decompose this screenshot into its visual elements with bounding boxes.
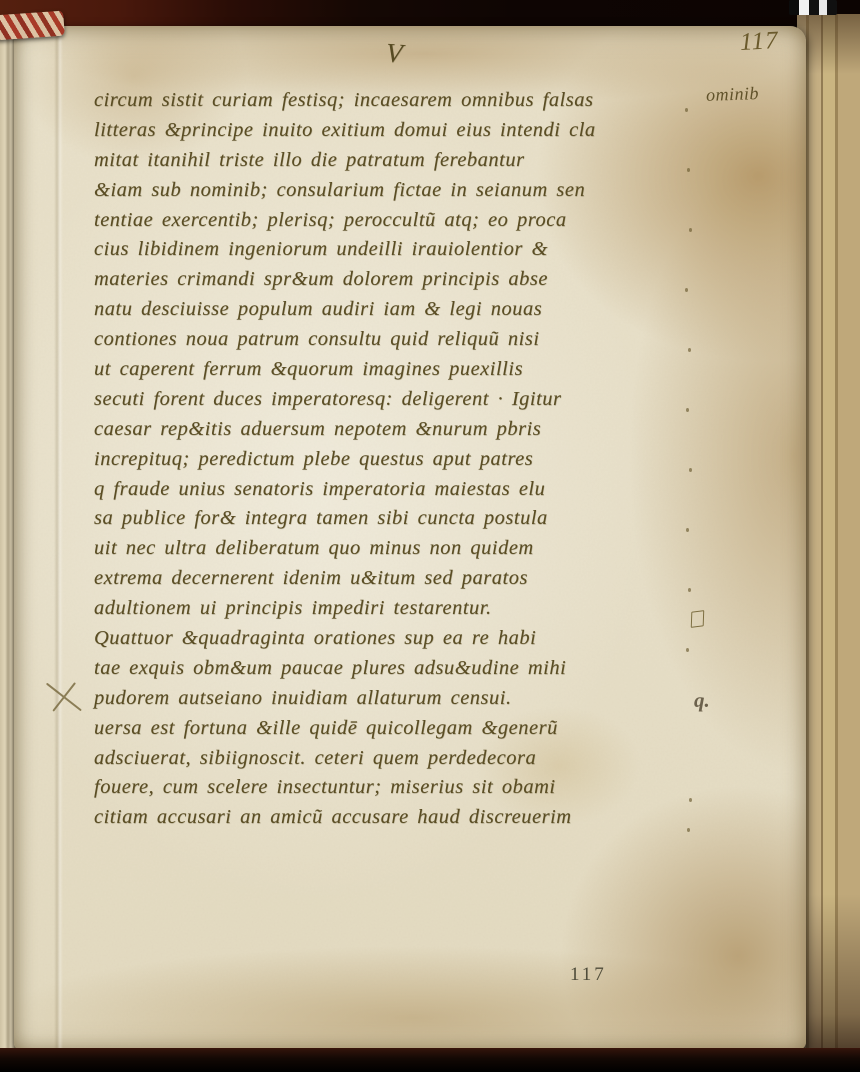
manuscript-line: sa publice for& integra tamen sibi cunct… bbox=[94, 504, 710, 534]
ink-dot-icon bbox=[685, 288, 688, 292]
manuscript-line: pudorem autseiano inuidiam allaturum cen… bbox=[94, 684, 710, 714]
printed-page-number: 117 bbox=[570, 964, 607, 986]
manuscript-line: cius libidinem ingeniorum undeilli iraui… bbox=[94, 235, 710, 265]
endband bbox=[0, 11, 65, 41]
manuscript-line: citiam accusari an amicũ accusare haud d… bbox=[94, 803, 710, 833]
manuscript-line: secuti forent duces imperatoresq: delige… bbox=[94, 385, 710, 415]
manuscript-line: litteras &principe inuito exitium domui … bbox=[94, 116, 710, 146]
edge-marker bbox=[789, 0, 837, 15]
manuscript-line: adsciuerat, sibiignoscit. ceteri quem pe… bbox=[94, 744, 710, 774]
manuscript-line: contiones noua patrum consultu quid reli… bbox=[94, 325, 710, 355]
cross-arm bbox=[52, 682, 75, 711]
margin-cross-mark-icon bbox=[42, 674, 86, 720]
ink-dot-icon bbox=[687, 828, 690, 832]
ink-dot-icon bbox=[687, 168, 690, 172]
manuscript-line: increpituq; peredictum plebe questus apu… bbox=[94, 445, 710, 475]
ink-dot-icon bbox=[689, 468, 692, 472]
manuscript-line: tae exquis obm&um paucae plures adsu&udi… bbox=[94, 654, 710, 684]
page-crease bbox=[54, 26, 63, 1050]
manuscript-line: circum sistit curiam festisq; incaesarem… bbox=[94, 86, 710, 116]
manuscript-line: &iam sub nominib; consularium fictae in … bbox=[94, 176, 710, 206]
manuscript-line: mitat itanihil triste illo die patratum … bbox=[94, 146, 710, 176]
manuscript-line: q fraude unius senatoris imperatoria mai… bbox=[94, 475, 710, 505]
manuscript-line: fouere, cum scelere insectuntur; miseriu… bbox=[94, 773, 710, 803]
manuscript-line: natu desciuisse populum audiri iam & leg… bbox=[94, 295, 710, 325]
margin-q-mark: q. bbox=[694, 688, 710, 713]
ink-dot-icon bbox=[689, 798, 692, 802]
manuscript-line: uit nec ultra deliberatum quo minus non … bbox=[94, 534, 710, 564]
ink-dot-icon bbox=[688, 588, 691, 592]
parchment-page: V 117 ominib circum sistit curiam festis… bbox=[14, 26, 806, 1050]
catchword: V bbox=[385, 37, 404, 69]
ink-dot-icon bbox=[686, 648, 689, 652]
manuscript-line: materies crimandi spr&um dolorem princip… bbox=[94, 265, 710, 295]
ink-dot-icon bbox=[685, 108, 688, 112]
ink-dot-icon bbox=[686, 528, 689, 532]
margin-square-mark-icon bbox=[691, 610, 704, 628]
ink-dot-icon bbox=[689, 228, 692, 232]
fore-edge-pages bbox=[797, 14, 860, 1052]
manuscript-line: tentiae exercentib; plerisq; peroccultũ … bbox=[94, 206, 710, 236]
margin-gloss: ominib bbox=[706, 83, 760, 106]
text-block: circum sistit curiam festisq; incaesarem… bbox=[94, 86, 710, 833]
manuscript-photo: V 117 ominib circum sistit curiam festis… bbox=[0, 0, 860, 1072]
ink-dot-icon bbox=[686, 408, 689, 412]
ink-dot-icon bbox=[688, 348, 691, 352]
binding-bottom-edge bbox=[0, 1048, 860, 1072]
manuscript-line: Quattuor &quadraginta orationes sup ea r… bbox=[94, 624, 710, 654]
manuscript-line: adultionem ui principis impediri testare… bbox=[94, 594, 710, 624]
manuscript-line: extrema decernerent idenim u&itum sed pa… bbox=[94, 564, 710, 594]
manuscript-line: caesar rep&itis aduersum nepotem &nurum … bbox=[94, 415, 710, 445]
manuscript-line: uersa est fortuna &ille quidē quicollega… bbox=[94, 714, 710, 744]
folio-number-ink: 117 bbox=[739, 27, 779, 57]
manuscript-line: ut caperent ferrum &quorum imagines puex… bbox=[94, 355, 710, 385]
